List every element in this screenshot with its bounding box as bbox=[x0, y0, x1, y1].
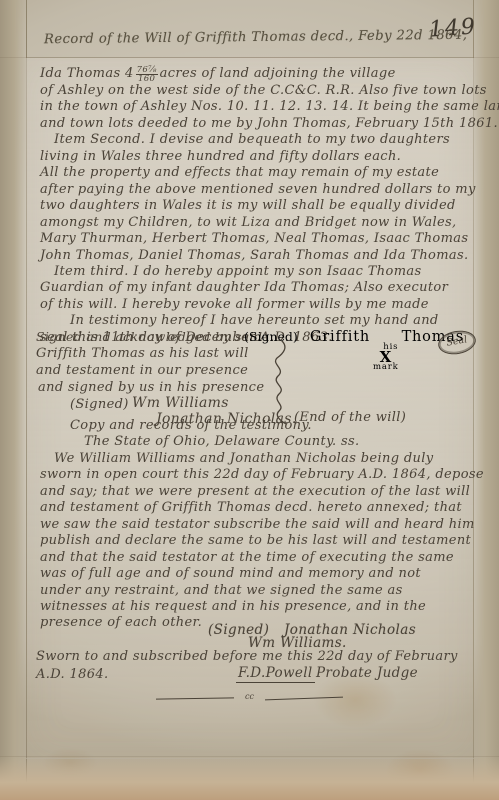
testimony-heading: Copy and records of the testimony. bbox=[40, 418, 470, 434]
testimony-line: We William Williams and Jonathan Nichola… bbox=[40, 451, 470, 467]
body-line: in the town of Ashley Nos. 10. 11. 12. 1… bbox=[40, 99, 470, 115]
body-line: amongst my Children, to wit Liza and Bri… bbox=[40, 215, 470, 231]
acreage-prefix: Ida Thomas 4 bbox=[40, 66, 134, 81]
jurat-date: A.D. 1864. bbox=[36, 667, 108, 682]
body-line: Guardian of my infant daughter Ida Thoma… bbox=[40, 280, 470, 296]
his-label: his bbox=[383, 344, 398, 351]
testimony-line: was of full age and of sound mind and me… bbox=[40, 566, 470, 582]
attestation-line: and signed by us in his presence bbox=[38, 380, 264, 395]
body-line: and town lots deeded to me by John Thoma… bbox=[40, 116, 470, 132]
body-line-item-second: Item Second. I devise and bequeath to my… bbox=[40, 132, 470, 148]
attestation-line: Griffith Thomas as his last will bbox=[36, 346, 249, 361]
divider-mark: cc bbox=[245, 692, 254, 701]
page-left-edge bbox=[0, 0, 27, 800]
page-bottom-edge bbox=[0, 756, 499, 800]
judge-signature: F.D.Powell bbox=[236, 665, 315, 682]
body-line: two daughters in Wales it is my will sha… bbox=[40, 198, 470, 214]
testimony-venue: The State of Ohio, Delaware County. ss. bbox=[40, 434, 470, 450]
body-line-item-third: Item third. I do hereby appoint my son I… bbox=[40, 264, 470, 280]
paper-crease-top bbox=[0, 57, 499, 58]
testimony-block: Copy and records of the testimony. The S… bbox=[40, 418, 470, 632]
attestation-block: Signed and acknowledged by said Griffith… bbox=[36, 329, 476, 429]
testimony-line: and that the said testator at the time o… bbox=[40, 550, 470, 566]
jurat-line: Sworn to and subscribed before me this 2… bbox=[36, 649, 474, 665]
witness-signed-label: (Signed) bbox=[70, 397, 129, 412]
testimony-line: under any restraint, and that we signed … bbox=[40, 583, 470, 599]
jurat-date-row: A.D. 1864. F.D.Powell Probate Judge bbox=[36, 667, 474, 683]
attestation-line: Signed and acknowledged by said bbox=[36, 329, 262, 344]
record-title: Record of the Will of Griffith Thomas de… bbox=[44, 28, 467, 47]
section-divider: cc bbox=[0, 688, 499, 698]
fraction-denominator: 160 bbox=[136, 75, 158, 83]
testimony-line: and testament of Griffith Thomas decd. h… bbox=[40, 500, 470, 516]
testimony-line: publish and declare the same to be his l… bbox=[40, 533, 470, 549]
attestation-line: and testament in our presence bbox=[36, 363, 248, 378]
body-line: of Ashley on the west side of the C.C&C.… bbox=[40, 83, 470, 99]
body-line-testimonium: In testimony hereof I have hereunto set … bbox=[40, 313, 470, 329]
body-line: John Thomas, Daniel Thomas, Sarah Thomas… bbox=[40, 248, 470, 264]
paper-crease-bottom bbox=[0, 756, 499, 757]
jurat-block: Sworn to and subscribed before me this 2… bbox=[36, 649, 474, 684]
his-mark-x: hisXmark bbox=[373, 344, 399, 371]
body-line: Mary Thurman, Herbert Thomas, Neal Thoma… bbox=[40, 231, 470, 247]
judge-title: Probate Judge bbox=[316, 665, 418, 681]
mark-label: mark bbox=[373, 364, 399, 371]
scanned-will-record-page: 149 Record of the Will of Griffith Thoma… bbox=[0, 0, 499, 800]
body-line-acreage: Ida Thomas 476⅞160acres of land adjoinin… bbox=[40, 66, 470, 83]
testimony-line: and say; that we were present at the exe… bbox=[40, 484, 470, 500]
body-line: All the property and effects that may re… bbox=[40, 165, 470, 181]
testimony-line: sworn in open court this 22d day of Febr… bbox=[40, 467, 470, 483]
testimony-line: we saw the said testator subscribe the s… bbox=[40, 517, 470, 533]
testator-first-name: Griffith bbox=[310, 329, 370, 345]
body-line: living in Wales three hundred and fifty … bbox=[40, 149, 470, 165]
acreage-suffix: acres of land adjoining the village bbox=[160, 66, 396, 81]
body-line: after paying the above mentioned seven h… bbox=[40, 182, 470, 198]
body-line: of this will. I hereby revoke all former… bbox=[40, 297, 470, 313]
testimony-line: witnesses at his request and in his pres… bbox=[40, 599, 470, 615]
will-body-text: Ida Thomas 476⅞160acres of land adjoinin… bbox=[40, 66, 470, 346]
acreage-fraction: 76⅞160 bbox=[136, 66, 158, 83]
attestation-brace-squiggle bbox=[268, 341, 294, 425]
witness1-signature: Wm Williams bbox=[132, 395, 229, 411]
